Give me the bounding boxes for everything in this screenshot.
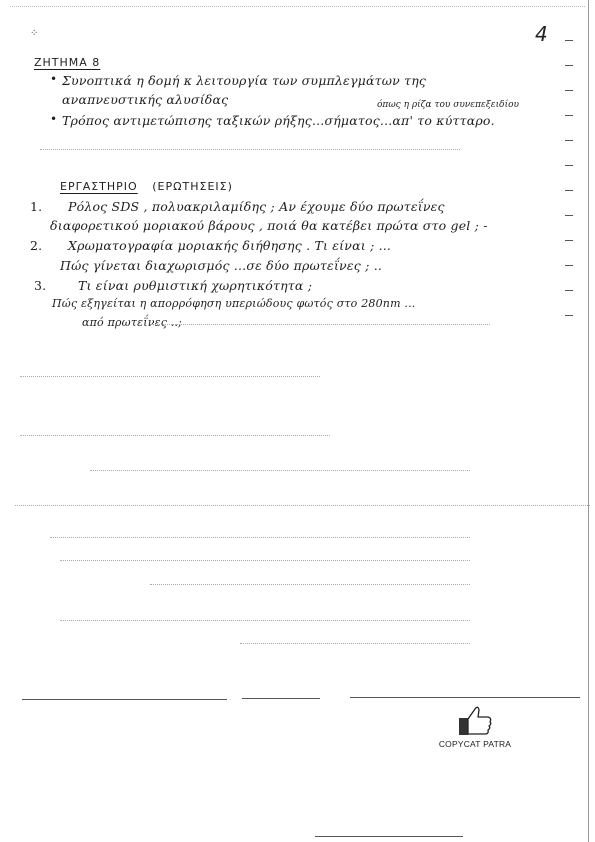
dotted-separator	[15, 505, 590, 506]
dotted-line	[150, 324, 490, 325]
topic-1-line-1: Συνοπτικά η δομή κ λειτουργία των συμπλε…	[62, 73, 426, 88]
dotted-line	[240, 643, 470, 644]
dotted-line	[60, 620, 470, 621]
margin-marks	[565, 40, 579, 340]
margin-speck: ⁘	[30, 28, 38, 39]
top-border-dots	[10, 6, 585, 7]
dotted-line	[60, 560, 470, 561]
thumbs-up-icon	[457, 705, 493, 737]
topic-1-line-2: αναπνευστικής αλυσίδας	[62, 92, 228, 107]
dotted-line	[50, 537, 470, 538]
question-3-line-1: Τι είναι ρυθμιστική χωρητικότητα ;	[78, 278, 312, 293]
dotted-line	[150, 584, 470, 585]
horizontal-rule	[350, 697, 580, 698]
horizontal-rule	[242, 698, 320, 699]
section-title-ergastirio: ΕΡΓΑΣΤΗΡΙΟ (ΕΡΩΤΗΣΕΙΣ)	[60, 180, 233, 193]
ergastirio-label: ΕΡΓΑΣΤΗΡΙΟ	[60, 180, 138, 193]
question-1-line-1: Ρόλος SDS , πολυακριλαμίδης ; Αν έχουμε …	[68, 199, 445, 214]
scanned-page: ⁘ 4 ΖΗΤΗΜΑ 8 • Συνοπτικά η δομή κ λειτου…	[0, 0, 595, 842]
dotted-separator	[40, 149, 460, 150]
bullet-icon: •	[50, 72, 57, 86]
bottom-rule	[315, 836, 463, 837]
question-2-number: 2.	[30, 238, 42, 253]
question-2-line-1: Χρωματογραφία μοριακής διήθησης . Τι είν…	[68, 238, 391, 253]
question-3-line-2: Πώς εξηγείται η απορρόφηση υπεριώδους φω…	[52, 297, 416, 310]
dotted-line	[20, 435, 330, 436]
copycat-logo: COPYCAT PATRA	[420, 705, 530, 749]
question-1-line-2: διαφορετικού μοριακού βάρους , ποιά θα κ…	[50, 218, 488, 233]
question-1-number: 1.	[30, 199, 42, 214]
question-2-line-2: Πώς γίνεται διαχωρισμός ...σε δύο πρωτεΐ…	[60, 258, 382, 273]
horizontal-rule	[22, 699, 227, 700]
right-page-edge	[588, 0, 589, 842]
question-3-number: 3.	[34, 278, 46, 293]
question-3-line-3: από πρωτεΐνες ..;	[82, 316, 182, 329]
topic-2-annotation: όπως η ρίζα του συνεπεξειδίου	[377, 100, 519, 110]
dotted-line	[20, 376, 320, 377]
bullet-icon: •	[50, 112, 57, 126]
page-number: 4	[535, 22, 548, 46]
dotted-line	[90, 470, 470, 471]
erotiseis-label: (ΕΡΩΤΗΣΕΙΣ)	[152, 180, 233, 193]
copycat-label: COPYCAT PATRA	[420, 739, 530, 749]
topic-2-line-1: Τρόπος αντιμετώπισης ταξικών ρήξης...σήμ…	[62, 113, 495, 128]
section-title-zitima: ΖΗΤΗΜΑ 8	[34, 56, 100, 69]
